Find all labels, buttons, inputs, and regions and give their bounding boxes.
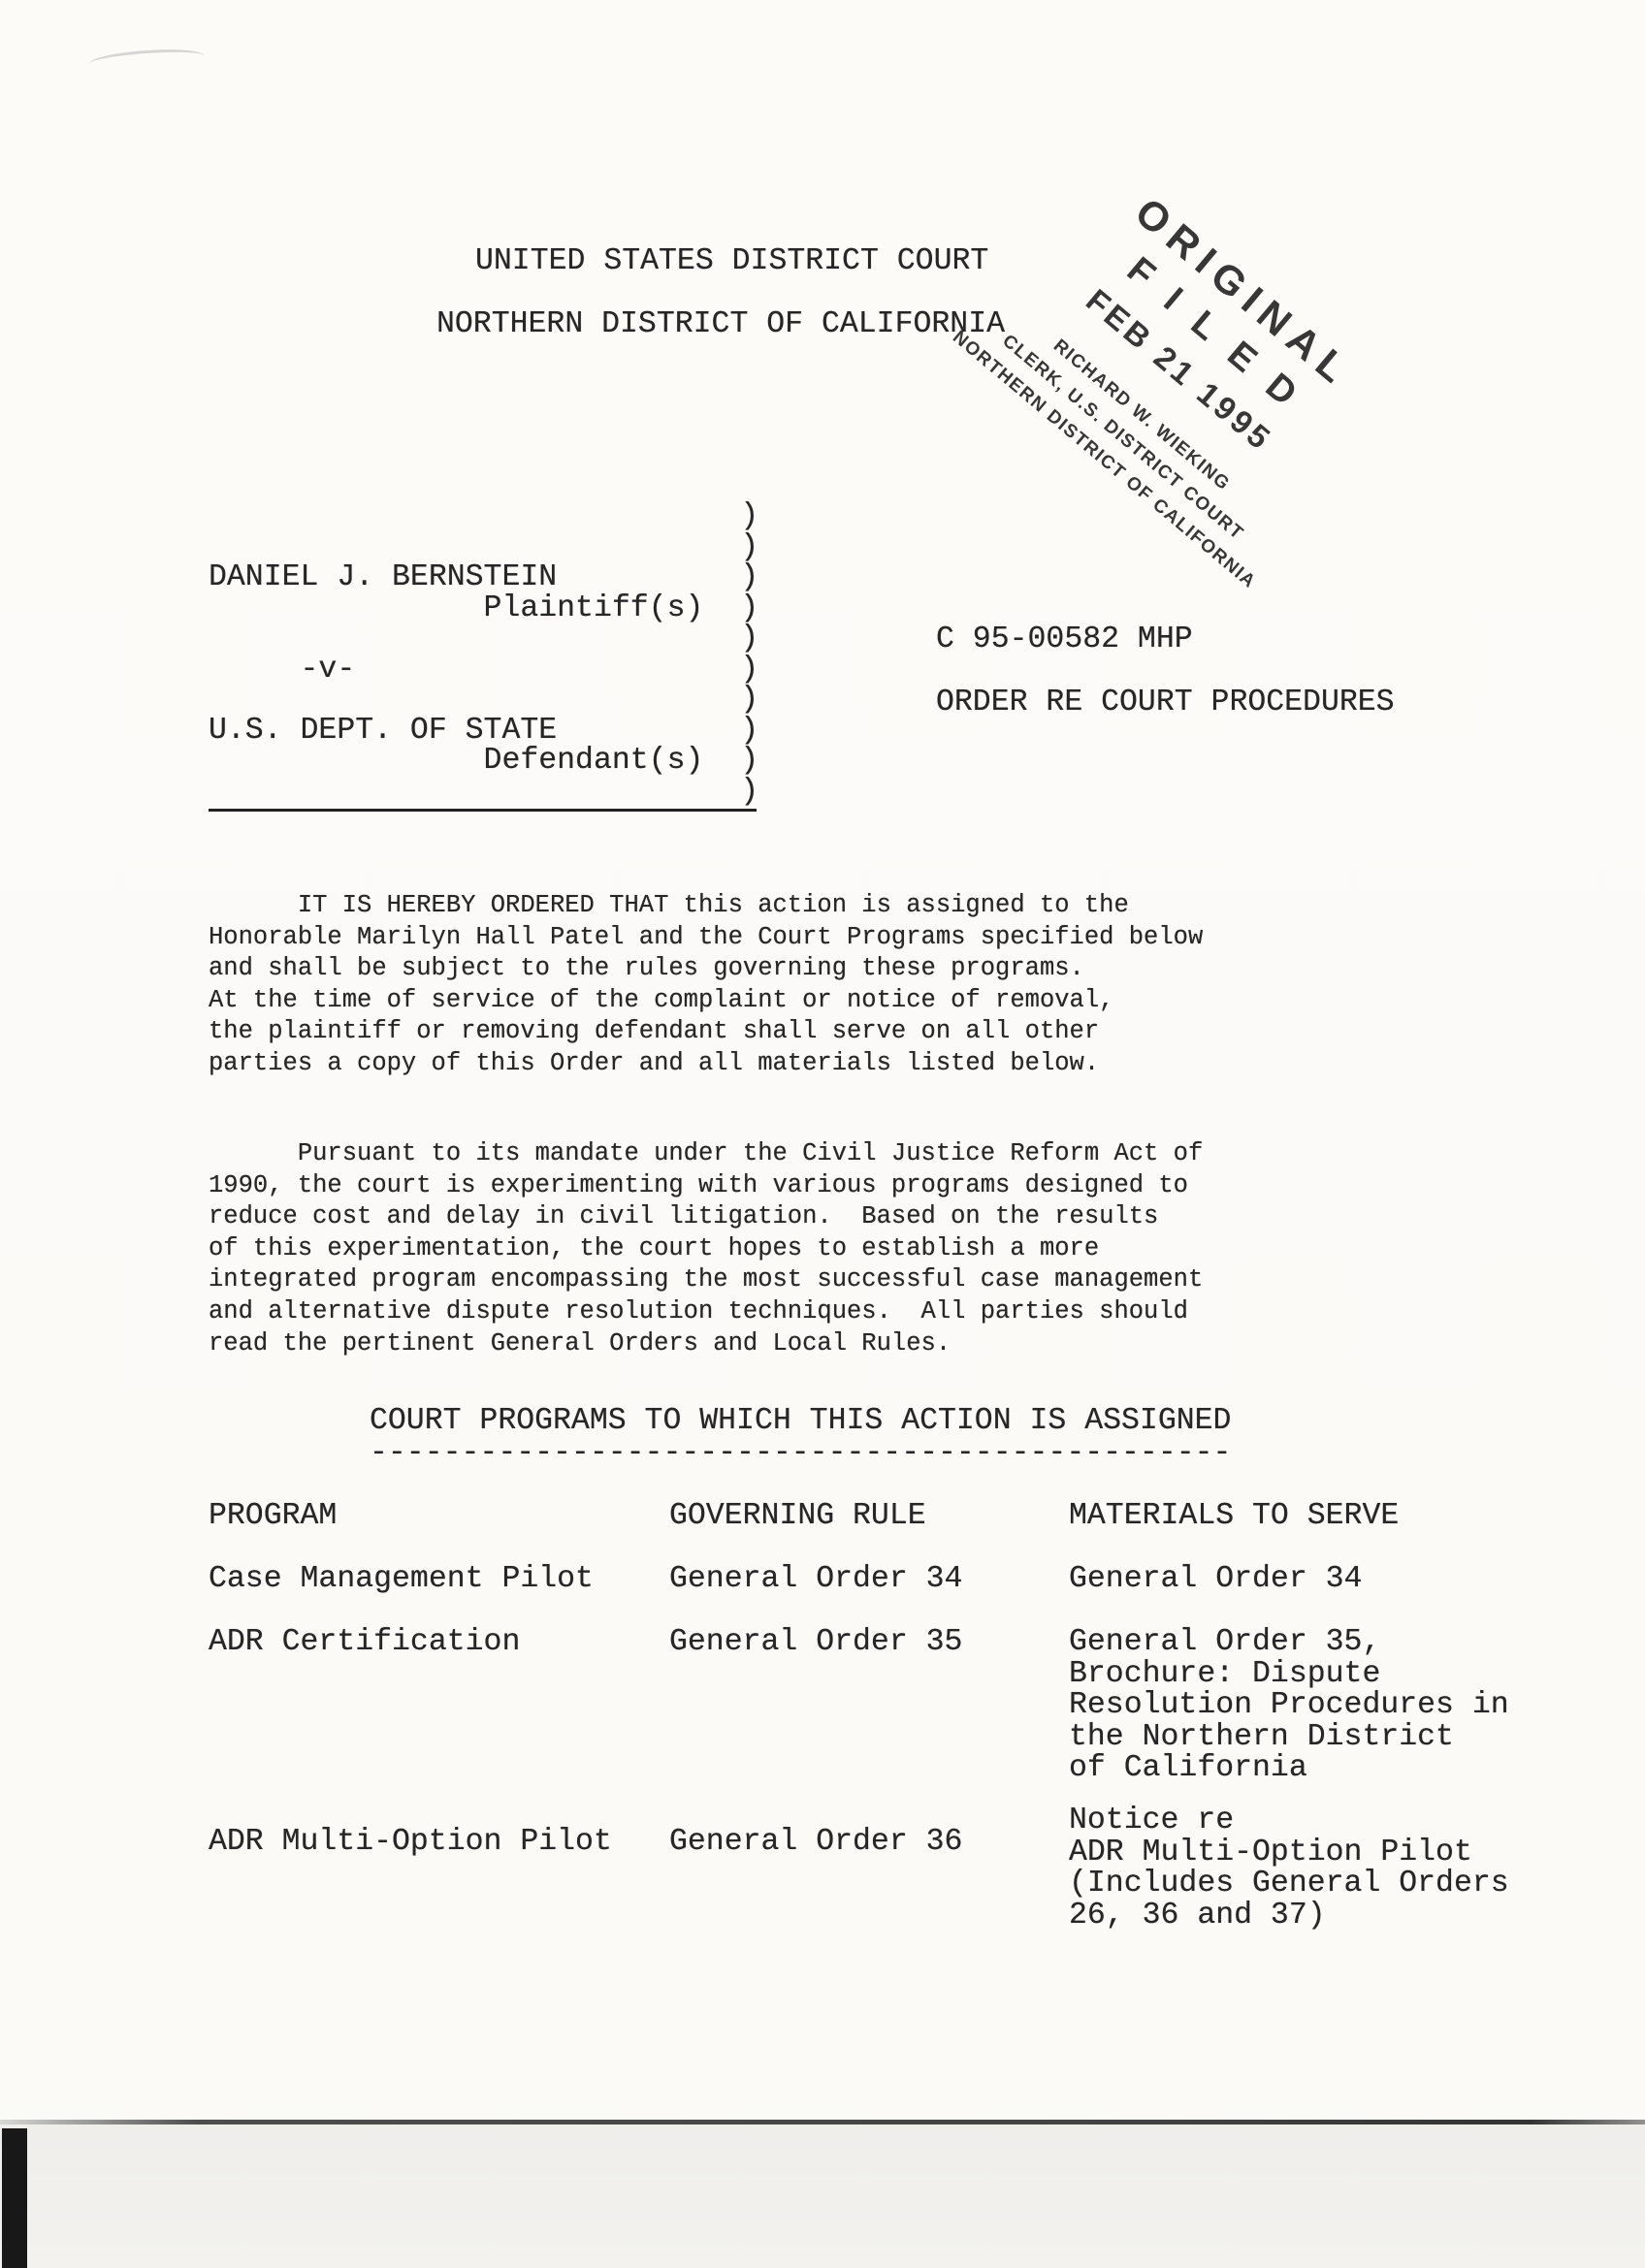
case-caption-block: ) ) DANIEL J. BERNSTEIN ) Plaintiff(s) )…	[209, 501, 758, 807]
table-row-3-materials: Notice re ADR Multi-Option Pilot (Includ…	[1069, 1805, 1509, 1932]
table-row-1-rule: General Order 34	[669, 1564, 962, 1596]
section-divider: ----------------------------------------…	[370, 1438, 1231, 1470]
scan-corner-shadow	[2, 2128, 27, 2268]
table-header-program: PROGRAM	[209, 1501, 337, 1533]
section-heading: COURT PROGRAMS TO WHICH THIS ACTION IS A…	[370, 1406, 1231, 1438]
order-paragraph-1: IT IS HEREBY ORDERED THAT this action is…	[209, 890, 1203, 1080]
table-header-materials: MATERIALS TO SERVE	[1069, 1501, 1399, 1533]
filed-stamp: ORIGINAL FILED FEB 21 1995 RICHARD W. WI…	[916, 138, 1422, 628]
caption-underline	[209, 809, 757, 812]
table-row-3-rule: General Order 36	[669, 1827, 962, 1859]
court-title-line2: NORTHERN DISTRICT OF CALIFORNIA	[436, 309, 1005, 341]
scan-edge-line	[0, 2120, 1645, 2124]
table-row-1-materials: General Order 34	[1069, 1564, 1362, 1596]
pencil-mark	[88, 47, 204, 73]
table-row-2-rule: General Order 35	[669, 1627, 962, 1659]
order-paragraph-2: Pursuant to its mandate under the Civil …	[209, 1138, 1203, 1359]
table-row-2-materials: General Order 35, Brochure: Dispute Reso…	[1069, 1627, 1509, 1785]
table-row-2-program: ADR Certification	[209, 1627, 520, 1659]
court-title-line1: UNITED STATES DISTRICT COURT	[475, 246, 988, 278]
case-number: C 95-00582 MHP	[936, 624, 1193, 656]
scanned-court-order-page: UNITED STATES DISTRICT COURT NORTHERN DI…	[0, 0, 1645, 2268]
table-header-rule: GOVERNING RULE	[669, 1501, 926, 1533]
table-row-1-program: Case Management Pilot	[209, 1564, 594, 1596]
order-title: ORDER RE COURT PROCEDURES	[936, 687, 1395, 719]
table-row-3-program: ADR Multi-Option Pilot	[209, 1827, 612, 1859]
scan-bottom-band	[0, 2124, 1645, 2268]
